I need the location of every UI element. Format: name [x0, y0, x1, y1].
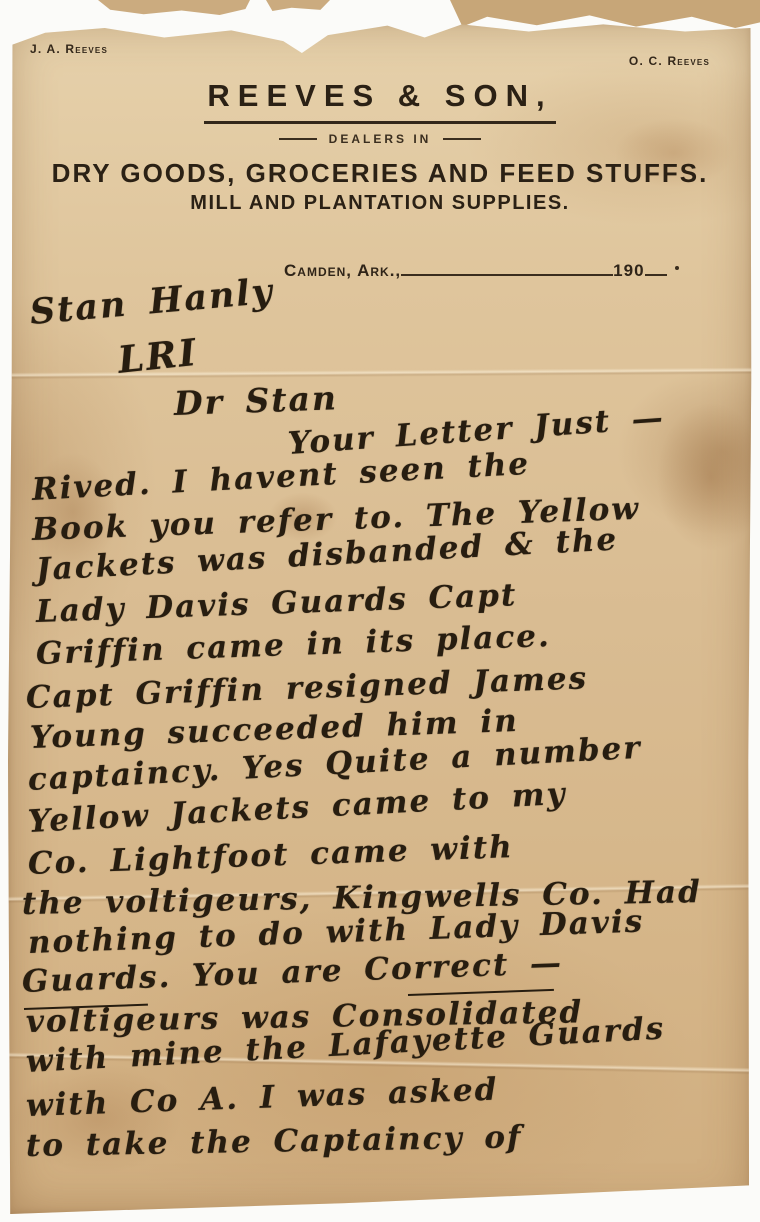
company-underline-rule: [204, 121, 556, 124]
dateline: Camden, Ark., 190: [284, 260, 679, 281]
left-dash-rule: [279, 138, 317, 140]
handwritten-line: Stan Hanly: [28, 271, 275, 333]
handwritten-line: LRI: [116, 330, 200, 382]
date-fill-line: [401, 260, 613, 276]
dealers-in-banner: DEALERS IN: [8, 132, 752, 146]
age-stain: [656, 402, 760, 552]
handwritten-line: Dr Stan: [173, 378, 338, 423]
proprietor-name-left: J. A. Reeves: [30, 42, 108, 56]
year-prefix: 190: [613, 261, 644, 281]
handwritten-line: with Co A. I was asked: [25, 1072, 499, 1124]
torn-paper-fragment: [450, 0, 760, 28]
year-fill-line: [645, 260, 667, 276]
right-dash-rule: [443, 138, 481, 140]
handwritten-line: to take the Captaincy of: [26, 1119, 523, 1164]
dateline-place: Camden, Ark.,: [284, 261, 401, 281]
dealers-in-label: DEALERS IN: [329, 132, 432, 146]
torn-paper-fragment: [266, 0, 330, 11]
supplies-line: MILL AND PLANTATION SUPPLIES.: [8, 192, 752, 215]
date-tick-mark: [675, 266, 679, 270]
products-line: DRY GOODS, GROCERIES AND FEED STUFFS.: [8, 158, 752, 189]
letter-sheet: J. A. Reeves O. C. Reeves REEVES & SON, …: [8, 22, 752, 1214]
torn-paper-fragment: [98, 0, 250, 15]
proprietor-name-right: O. C. Reeves: [629, 54, 710, 68]
handwritten-line: Co. Lightfoot came with: [27, 829, 514, 882]
company-name: REEVES & SON,: [8, 78, 752, 114]
